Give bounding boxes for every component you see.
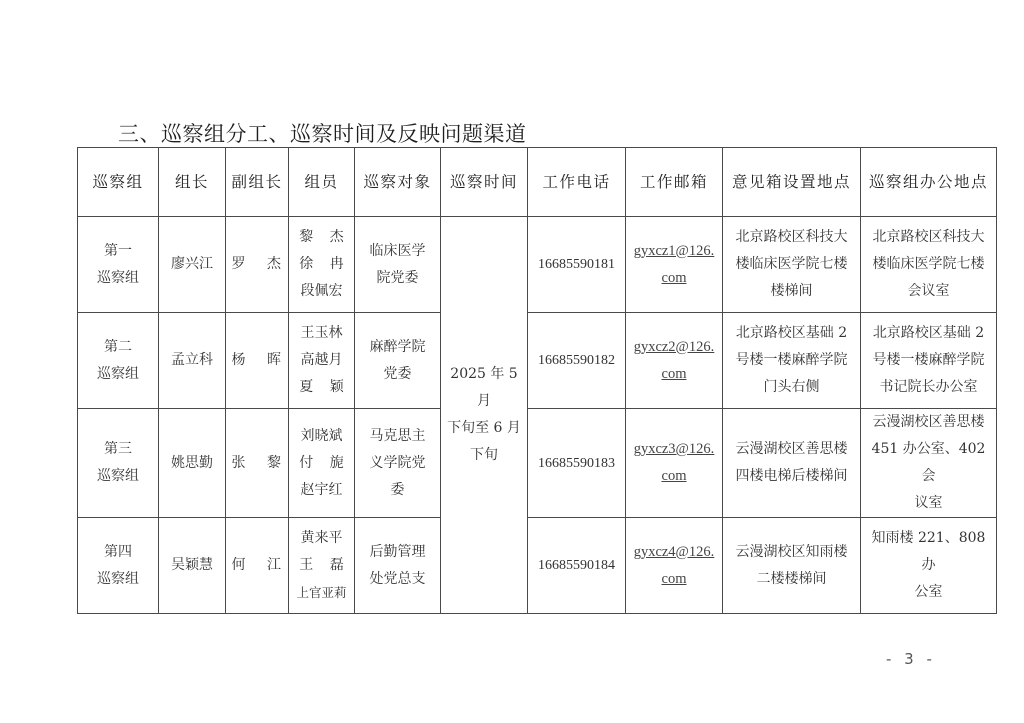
cell-office-location: 知雨楼 221、808 办 公室 (861, 518, 997, 614)
table-row: 第四 巡察组 吴颖慧 何 江 黄来平 王 磊 上官亚莉 后勤管理 处党总支 16… (78, 518, 997, 614)
header-email: 工作邮箱 (626, 148, 723, 217)
header-phone: 工作电话 (528, 148, 626, 217)
cell-members: 黎 杰 徐 冉 段佩宏 (289, 217, 355, 313)
cell-leader: 姚思勤 (159, 409, 226, 518)
cell-phone: 16685590184 (528, 518, 626, 614)
cell-phone: 16685590183 (528, 409, 626, 518)
cell-group: 第一 巡察组 (78, 217, 159, 313)
cell-target: 马克思主 义学院党 委 (355, 409, 441, 518)
cell-email-link[interactable]: gyxcz3@126. com (626, 409, 723, 518)
cell-target: 麻醉学院 党委 (355, 313, 441, 409)
cell-group: 第四 巡察组 (78, 518, 159, 614)
cell-box-location: 云漫湖校区善思楼 四楼电梯后楼梯间 (723, 409, 861, 518)
cell-leader: 孟立科 (159, 313, 226, 409)
cell-phone: 16685590182 (528, 313, 626, 409)
table-header-row: 巡察组 组长 副组长 组员 巡察对象 巡察时间 工作电话 工作邮箱 意见箱设置地… (78, 148, 997, 217)
cell-group: 第二 巡察组 (78, 313, 159, 409)
cell-target: 临床医学 院党委 (355, 217, 441, 313)
header-group: 巡察组 (78, 148, 159, 217)
cell-phone: 16685590181 (528, 217, 626, 313)
cell-group: 第三 巡察组 (78, 409, 159, 518)
header-target: 巡察对象 (355, 148, 441, 217)
header-deputy: 副组长 (226, 148, 289, 217)
cell-period: 2025 年 5 月 下旬至 6 月 下旬 (441, 217, 528, 614)
cell-members: 王玉林 高越月 夏 颖 (289, 313, 355, 409)
header-leader: 组长 (159, 148, 226, 217)
header-period: 巡察时间 (441, 148, 528, 217)
cell-email-link[interactable]: gyxcz2@126. com (626, 313, 723, 409)
cell-box-location: 北京路校区基础 2 号楼一楼麻醉学院 门头右侧 (723, 313, 861, 409)
cell-email-link[interactable]: gyxcz4@126. com (626, 518, 723, 614)
page-number: - 3 - (886, 650, 936, 668)
cell-leader: 廖兴江 (159, 217, 226, 313)
table-row: 第一 巡察组 廖兴江 罗 杰 黎 杰 徐 冉 段佩宏 临床医学 院党委 2025… (78, 217, 997, 313)
cell-members: 黄来平 王 磊 上官亚莉 (289, 518, 355, 614)
cell-office-location: 北京路校区基础 2 号楼一楼麻醉学院 书记院长办公室 (861, 313, 997, 409)
cell-target: 后勤管理 处党总支 (355, 518, 441, 614)
cell-leader: 吴颖慧 (159, 518, 226, 614)
cell-office-location: 云漫湖校区善思楼 451 办公室、402 会 议室 (861, 409, 997, 518)
cell-email-link[interactable]: gyxcz1@126. com (626, 217, 723, 313)
cell-box-location: 北京路校区科技大 楼临床医学院七楼 楼梯间 (723, 217, 861, 313)
section-title: 三、巡察组分工、巡察时间及反映问题渠道 (118, 118, 527, 148)
cell-deputy: 何 江 (226, 518, 289, 614)
cell-box-location: 云漫湖校区知雨楼 二楼楼梯间 (723, 518, 861, 614)
header-box-location: 意见箱设置地点 (723, 148, 861, 217)
inspection-table: 巡察组 组长 副组长 组员 巡察对象 巡察时间 工作电话 工作邮箱 意见箱设置地… (77, 147, 997, 614)
table-row: 第三 巡察组 姚思勤 张 黎 刘晓斌 付 旎 赵宇红 马克思主 义学院党 委 1… (78, 409, 997, 518)
cell-deputy: 杨 晖 (226, 313, 289, 409)
cell-deputy: 张 黎 (226, 409, 289, 518)
header-office-location: 巡察组办公地点 (861, 148, 997, 217)
cell-deputy: 罗 杰 (226, 217, 289, 313)
header-members: 组员 (289, 148, 355, 217)
cell-office-location: 北京路校区科技大 楼临床医学院七楼 会议室 (861, 217, 997, 313)
table-row: 第二 巡察组 孟立科 杨 晖 王玉林 高越月 夏 颖 麻醉学院 党委 16685… (78, 313, 997, 409)
cell-members: 刘晓斌 付 旎 赵宇红 (289, 409, 355, 518)
